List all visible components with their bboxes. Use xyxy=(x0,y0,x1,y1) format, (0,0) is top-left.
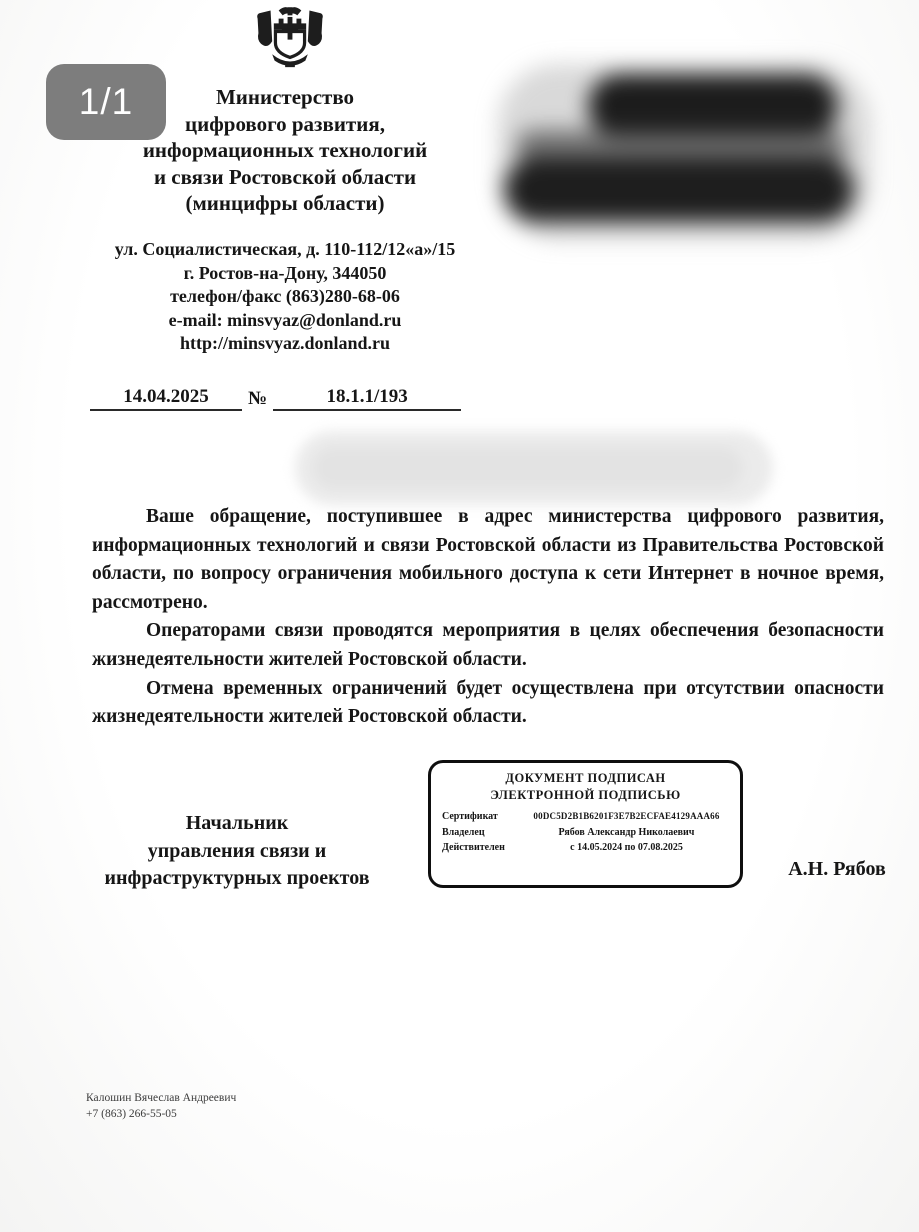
ministry-address-block: ул. Социалистическая, д. 110-112/12«а»/1… xyxy=(80,238,490,356)
stamp-row-owner: Владелец Рябов Александр Николаевич xyxy=(442,825,729,841)
signer-position-line: инфраструктурных проектов xyxy=(70,865,404,893)
body-paragraph-1: Ваше обращение, поступившее в адрес мини… xyxy=(92,503,884,617)
signer-position-line: управления связи и xyxy=(70,838,404,866)
ministry-name-block: Министерство цифрового развития, информа… xyxy=(103,84,467,217)
body-paragraph-3: Отмена временных ограничений будет осуще… xyxy=(92,675,884,732)
document-number: 18.1.1/193 xyxy=(273,386,461,411)
rostov-coat-of-arms-icon xyxy=(249,4,331,72)
stamp-value-validity: с 14.05.2024 по 07.08.2025 xyxy=(524,840,729,856)
electronic-signature-stamp: ДОКУМЕНТ ПОДПИСАН ЭЛЕКТРОННОЙ ПОДПИСЬЮ С… xyxy=(428,760,743,888)
address-line-email: e-mail: minsvyaz@donland.ru xyxy=(80,309,490,333)
stamp-value-owner: Рябов Александр Николаевич xyxy=(524,825,729,841)
ministry-line: и связи Ростовской области xyxy=(103,164,467,191)
redaction-smudge-recipient xyxy=(295,431,773,505)
stamp-title-line2: ЭЛЕКТРОННОЙ ПОДПИСЬЮ xyxy=(442,787,729,804)
stamp-label-owner: Владелец xyxy=(442,825,524,841)
address-line-website: http://minsvyaz.donland.ru xyxy=(80,332,490,356)
signer-name: А.Н. Рябов xyxy=(772,858,902,881)
stamp-label-certificate: Сертификат xyxy=(442,809,524,825)
executor-name: Калошин Вячеслав Андреевич xyxy=(86,1091,236,1107)
address-line-street: ул. Социалистическая, д. 110-112/12«а»/1… xyxy=(80,238,490,262)
letter-body: Ваше обращение, поступившее в адрес мини… xyxy=(92,503,884,732)
ministry-line: цифрового развития, xyxy=(103,111,467,138)
scanned-letter-page: 1/1 Минис xyxy=(0,0,919,1232)
redaction-band xyxy=(588,74,838,138)
stamp-value-certificate: 00DC5D2B1B6201F3E7B2ECFAE4129AAA66 xyxy=(524,809,729,825)
ministry-line: Министерство xyxy=(103,84,467,111)
redaction-inner xyxy=(313,447,743,489)
stamp-row-certificate: Сертификат 00DC5D2B1B6201F3E7B2ECFAE4129… xyxy=(442,809,729,825)
ministry-line: информационных технологий xyxy=(103,137,467,164)
document-date: 14.04.2025 xyxy=(90,386,242,411)
ministry-line: (минцифры области) xyxy=(103,190,467,217)
number-sign: № xyxy=(248,388,267,410)
executor-phone: +7 (863) 266-55-05 xyxy=(86,1107,236,1123)
redaction-band xyxy=(504,158,854,222)
redaction-smudge-addressee-top xyxy=(492,50,888,250)
address-line-city: г. Ростов-на-Дону, 344050 xyxy=(80,262,490,286)
signer-position-block: Начальник управления связи и инфраструкт… xyxy=(70,810,404,893)
body-paragraph-2: Операторами связи проводятся мероприятия… xyxy=(92,617,884,674)
stamp-row-validity: Действителен с 14.05.2024 по 07.08.2025 xyxy=(442,840,729,856)
stamp-title-line1: ДОКУМЕНТ ПОДПИСАН xyxy=(442,770,729,787)
executor-contact-block: Калошин Вячеслав Андреевич +7 (863) 266-… xyxy=(86,1091,236,1122)
address-line-phone: телефон/факс (863)280-68-06 xyxy=(80,285,490,309)
reference-line: 14.04.2025 № 18.1.1/193 xyxy=(90,386,470,411)
stamp-label-validity: Действителен xyxy=(442,840,524,856)
signer-position-line: Начальник xyxy=(70,810,404,838)
